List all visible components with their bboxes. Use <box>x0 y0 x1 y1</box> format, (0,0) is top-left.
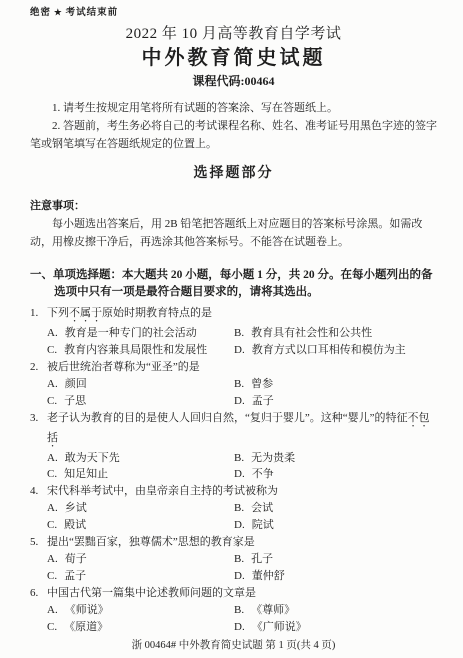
course-code: 课程代码:00464 <box>30 74 437 89</box>
question-number: 6. <box>30 585 47 602</box>
exam-subject-title: 中外教育简史试题 <box>30 46 437 71</box>
question-options: A.颜回B.曾参C.子思D.孟子 <box>47 376 437 410</box>
option: B.会试 <box>234 500 437 517</box>
option-text: 会试 <box>251 502 273 514</box>
option-label: D. <box>234 466 245 483</box>
section-title: 选择题部分 <box>30 164 437 184</box>
question-number: 3. <box>30 410 47 427</box>
question-options: A.教育是一种专门的社会活动B.教育具有社会性和公共性C.教育内容兼具局限性和发… <box>47 325 437 359</box>
option: A.颜回 <box>47 376 234 393</box>
question-stem-segment: 宋代科举考试中，由皇帝亲自主持的考试被称为 <box>47 485 278 497</box>
security-classification: 绝密★考试结束前 <box>30 6 437 19</box>
option-label: C. <box>47 517 57 534</box>
question-stem-text: 中国古代第一篇集中论述教师问题的文章是 <box>47 587 256 599</box>
question-stem: 1.下列不属于原始时期教育特点的是 <box>47 305 437 325</box>
question-stem-text: 下列不属于原始时期教育特点的是 <box>47 307 212 319</box>
option-label: C. <box>47 393 57 410</box>
question-stem: 5.提出“罢黜百家，独尊儒术”思想的教育家是 <box>47 534 437 551</box>
question-number: 2. <box>30 359 47 376</box>
question-options: A.《师说》B.《尊师》C.《原道》D.《广师说》 <box>47 602 437 636</box>
option-label: D. <box>234 619 245 636</box>
option: B.无为贵柔 <box>234 450 437 467</box>
question-stem: 3.老子认为教育的目的是使人人回归自然，“复归于婴儿”。这种“婴儿”的特征不包括 <box>47 410 437 450</box>
option-text: 乡试 <box>65 502 87 514</box>
question-stem: 6.中国古代第一篇集中论述教师问题的文章是 <box>47 585 437 602</box>
option-label: C. <box>47 342 57 359</box>
option-label: D. <box>234 568 245 585</box>
question-stem-text: 被后世统治者尊称为“亚圣”的是 <box>47 361 200 373</box>
question-stem-text: 提出“罢黜百家，独尊儒术”思想的教育家是 <box>47 536 255 548</box>
option-label: B. <box>234 376 244 393</box>
question-options: A.荀子B.孔子C.孟子D.董仲舒 <box>47 551 437 585</box>
option-text: 孟子 <box>252 395 274 407</box>
option-label: D. <box>234 342 245 359</box>
option: A.敢为天下先 <box>47 450 234 467</box>
option: B.孔子 <box>234 551 437 568</box>
notes-label: 注意事项： <box>30 197 437 215</box>
secret-label: 绝密 <box>30 8 51 18</box>
option-text: 孔子 <box>251 553 273 565</box>
option-text: 不争 <box>252 468 274 480</box>
option: C.教育内容兼具局限性和发展性 <box>47 342 234 359</box>
option-label: C. <box>47 466 57 483</box>
question-number: 1. <box>30 305 47 322</box>
option: D.《广师说》 <box>234 619 437 636</box>
option: A.《师说》 <box>47 602 234 619</box>
exam-paper-page: 绝密★考试结束前 2022 年 10 月高等教育自学考试 中外教育简史试题 课程… <box>0 0 463 658</box>
option-label: B. <box>234 450 244 467</box>
option-text: 知足知止 <box>64 468 108 480</box>
question-stem-segment: 提出“罢黜百家，独尊儒术”思想的教育家是 <box>47 536 255 548</box>
option: A.乡试 <box>47 500 234 517</box>
star-icon: ★ <box>51 7 66 17</box>
option-text: 敢为天下先 <box>65 452 120 464</box>
question-options: A.敢为天下先B.无为贵柔C.知足知止D.不争 <box>47 450 437 484</box>
option: D.教育方式以口耳相传和模仿为主 <box>234 342 437 359</box>
option-text: 孟子 <box>64 570 86 582</box>
option: A.教育是一种专门的社会活动 <box>47 325 234 342</box>
question-stem-segment: 老子认为教育的目的是使人人回归自然，“复归于婴儿”。这种“婴儿”的特征 <box>47 412 408 424</box>
question-number: 4. <box>30 483 47 500</box>
option-text: 院试 <box>252 519 274 531</box>
option: C.知足知止 <box>47 466 234 483</box>
option-text: 颜回 <box>65 378 87 390</box>
option-text: 教育是一种专门的社会活动 <box>65 327 197 339</box>
option: D.孟子 <box>234 393 437 410</box>
option-label: B. <box>234 551 244 568</box>
option-label: D. <box>234 393 245 410</box>
option-label: B. <box>234 325 244 342</box>
question: 3.老子认为教育的目的是使人人回归自然，“复归于婴儿”。这种“婴儿”的特征不包括… <box>30 410 437 484</box>
question: 4.宋代科举考试中，由皇帝亲自主持的考试被称为 A.乡试B.会试C.殿试D.院试 <box>30 483 437 534</box>
question-stem: 2.被后世统治者尊称为“亚圣”的是 <box>47 359 437 376</box>
option-text: 《广师说》 <box>252 621 307 633</box>
option-label: A. <box>47 325 58 342</box>
before-exam-end-label: 考试结束前 <box>66 8 119 18</box>
option: B.《尊师》 <box>234 602 437 619</box>
option: C.《原道》 <box>47 619 234 636</box>
option-text: 子思 <box>64 395 86 407</box>
option-text: 《尊师》 <box>251 604 295 616</box>
question: 6.中国古代第一篇集中论述教师问题的文章是 A.《师说》B.《尊师》C.《原道》… <box>30 585 437 636</box>
question-stem-segment: 下列 <box>47 307 69 319</box>
notes-body: 每小题选出答案后，用 2B 铅笔把答题纸上对应题目的答案标号涂黑。如需改动，用橡… <box>30 215 437 251</box>
question: 5.提出“罢黜百家，独尊儒术”思想的教育家是 A.荀子B.孔子C.孟子D.董仲舒 <box>30 534 437 585</box>
option: C.孟子 <box>47 568 234 585</box>
option-text: 殿试 <box>64 519 86 531</box>
question-stem-segment: 中国古代第一篇集中论述教师问题的文章是 <box>47 587 256 599</box>
option-text: 教育方式以口耳相传和模仿为主 <box>252 344 406 356</box>
option-label: C. <box>47 568 57 585</box>
part-one-heading: 一、单项选择题：本大题共 20 小题，每小题 1 分，共 20 分。在每小题列出… <box>30 267 437 301</box>
option-label: D. <box>234 517 245 534</box>
question-number: 5. <box>30 534 47 551</box>
option-label: A. <box>47 551 58 568</box>
option-label: A. <box>47 500 58 517</box>
question-stem-segment: 被后世统治者尊称为“亚圣”的是 <box>47 361 200 373</box>
question-stem: 4.宋代科举考试中，由皇帝亲自主持的考试被称为 <box>47 483 437 500</box>
option-text: 《原道》 <box>64 621 108 633</box>
option: D.院试 <box>234 517 437 534</box>
exam-session-title: 2022 年 10 月高等教育自学考试 <box>30 24 437 44</box>
option-text: 教育具有社会性和公共性 <box>251 327 372 339</box>
option-text: 《师说》 <box>65 604 109 616</box>
candidate-instructions: 1. 请考生按规定用笔将所有试题的答案涂、写在答题纸上。 2. 答题前，考生务必… <box>30 99 437 153</box>
option-label: A. <box>47 450 58 467</box>
question-stem-emphasized-segment: 不属于 <box>69 307 102 319</box>
option: C.子思 <box>47 393 234 410</box>
option-label: B. <box>234 500 244 517</box>
option: C.殿试 <box>47 517 234 534</box>
page-footer: 浙 00464# 中外教育简史试题 第 1 页(共 4 页) <box>30 639 437 653</box>
option-label: B. <box>234 602 244 619</box>
option-label: C. <box>47 619 57 636</box>
option-label: A. <box>47 602 58 619</box>
question-options: A.乡试B.会试C.殿试D.院试 <box>47 500 437 534</box>
option-text: 董仲舒 <box>252 570 285 582</box>
option-text: 曾参 <box>251 378 273 390</box>
question-stem-text: 老子认为教育的目的是使人人回归自然，“复归于婴儿”。这种“婴儿”的特征不包括 <box>47 412 430 444</box>
option-label: A. <box>47 376 58 393</box>
option: D.不争 <box>234 466 437 483</box>
option-text: 无为贵柔 <box>251 452 295 464</box>
option: A.荀子 <box>47 551 234 568</box>
instruction-2: 2. 答题前，考生务必将自己的考试课程名称、姓名、准考证号用黑色字迹的签字笔或钢… <box>30 117 437 153</box>
question: 1.下列不属于原始时期教育特点的是 A.教育是一种专门的社会活动B.教育具有社会… <box>30 305 437 359</box>
option: D.董仲舒 <box>234 568 437 585</box>
option: B.教育具有社会性和公共性 <box>234 325 437 342</box>
option: B.曾参 <box>234 376 437 393</box>
option-text: 荀子 <box>65 553 87 565</box>
question-stem-text: 宋代科举考试中，由皇帝亲自主持的考试被称为 <box>47 485 278 497</box>
instruction-1: 1. 请考生按规定用笔将所有试题的答案涂、写在答题纸上。 <box>30 99 437 117</box>
question-stem-segment: 原始时期教育特点的是 <box>102 307 212 319</box>
question: 2.被后世统治者尊称为“亚圣”的是 A.颜回B.曾参C.子思D.孟子 <box>30 359 437 410</box>
questions: 1.下列不属于原始时期教育特点的是 A.教育是一种专门的社会活动B.教育具有社会… <box>30 305 437 636</box>
option-text: 教育内容兼具局限性和发展性 <box>64 344 207 356</box>
